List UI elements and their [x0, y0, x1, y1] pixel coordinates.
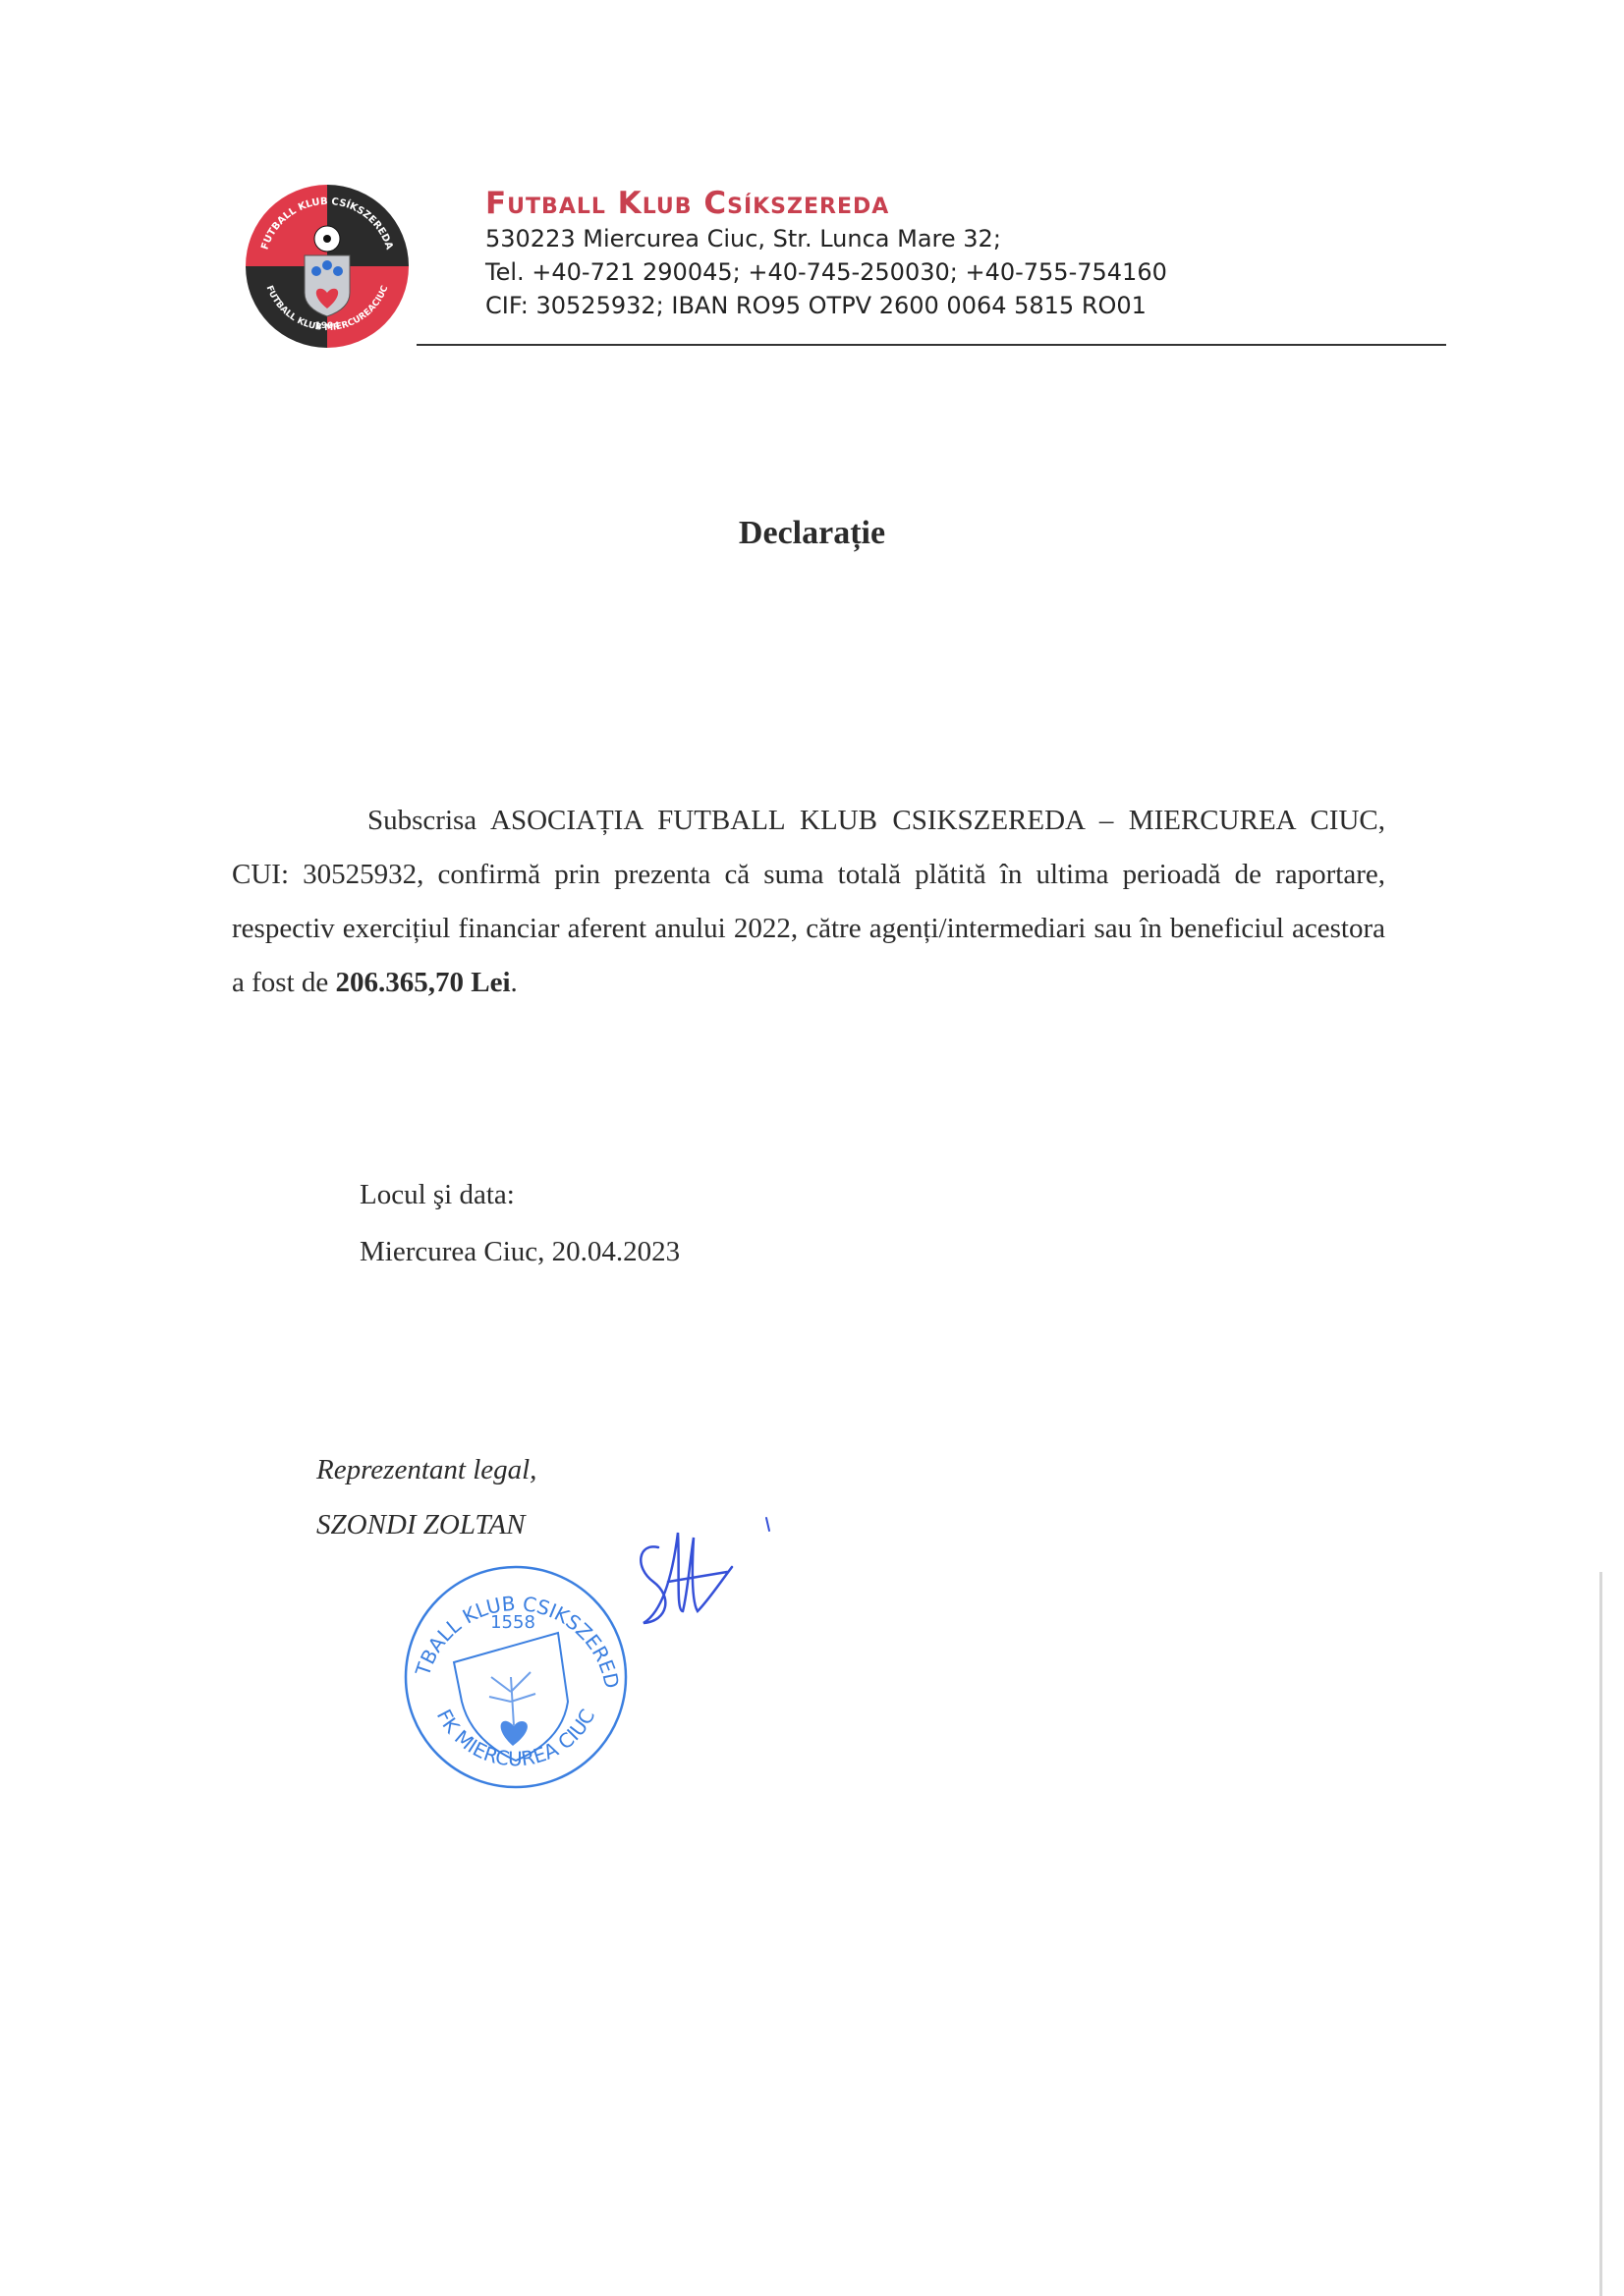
- svg-text:1558: 1558: [490, 1612, 535, 1633]
- declaration-body: Subscrisa ASOCIAȚIA FUTBALL KLUB CSIKSZE…: [232, 794, 1385, 1010]
- place-date-value: Miercurea Ciuc, 20.04.2023: [360, 1236, 680, 1268]
- place-date-label: Locul şi data:: [360, 1179, 515, 1211]
- document-title: Declarație: [0, 515, 1624, 552]
- club-stamp-icon: FUTBALL KLUB CSIKSZEREDA FK MIERCUREA CI…: [393, 1554, 639, 1800]
- phone-numbers: Tel. +40-721 290045; +40-745-250030; +40…: [485, 255, 1167, 289]
- legal-representative-name: SZONDI ZOLTAN: [316, 1509, 525, 1541]
- address: 530223 Miercurea Ciuc, Str. Lunca Mare 3…: [485, 222, 1167, 255]
- legal-representative-label: Reprezentant legal,: [316, 1454, 536, 1486]
- signature-icon: [629, 1513, 786, 1641]
- fiscal-info: CIF: 30525932; IBAN RO95 OTPV 2600 0064 …: [485, 289, 1167, 322]
- total-amount: 206.365,70 Lei: [336, 967, 511, 998]
- body-end: .: [511, 967, 518, 998]
- club-crest-icon: FUTBALL KLUB CSÍKSZEREDA FUTBALL KLUB MI…: [244, 183, 411, 350]
- organization-name: Futball Klub Csíkszereda: [485, 185, 1167, 222]
- letterhead: Futball Klub Csíkszereda 530223 Miercure…: [485, 185, 1167, 322]
- scan-edge: [1599, 1572, 1602, 2296]
- svg-text:1904: 1904: [314, 321, 339, 331]
- header-divider: [417, 344, 1446, 346]
